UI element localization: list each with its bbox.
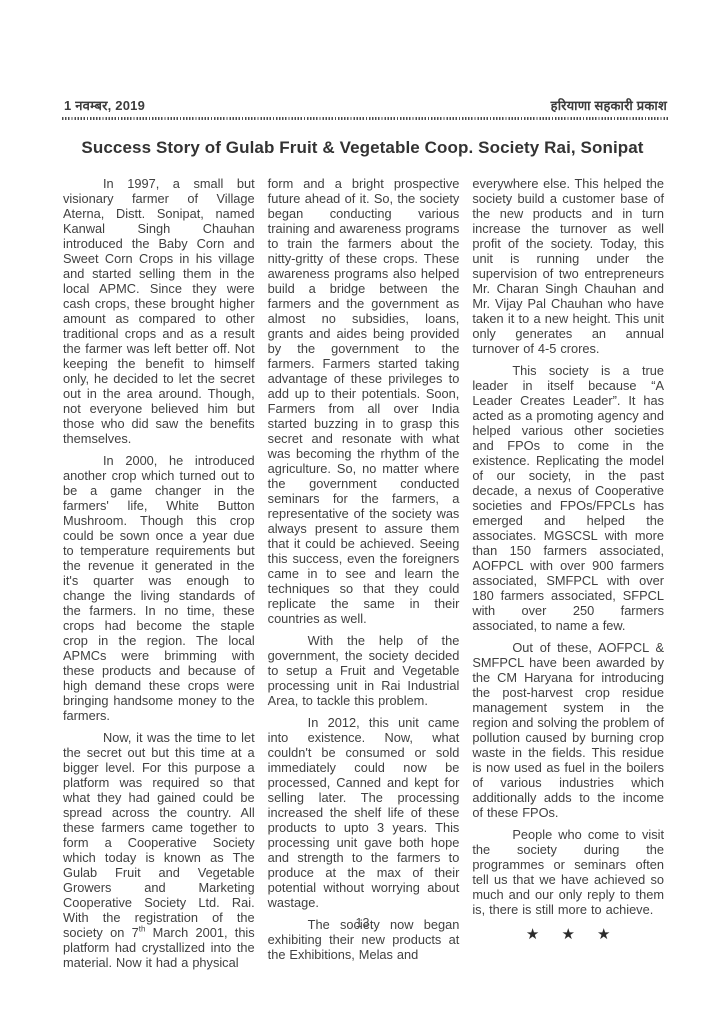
paragraph-text: Now, it was the time to let the secret o… <box>63 730 255 940</box>
header-divider <box>62 117 669 120</box>
paragraph: In 2000, he introduced another crop whic… <box>63 453 255 723</box>
article-column-2: form and a bright prospective future ahe… <box>268 176 460 977</box>
page-number: 13 <box>0 916 725 930</box>
paragraph: Out of these, AOFPCL & SMFPCL have been … <box>472 640 664 820</box>
page-header: 1 नवम्बर, 2019 हरियाणा सहकारी प्रकाश <box>64 96 667 114</box>
paragraph: This society is a true leader in itself … <box>472 363 664 633</box>
paragraph: Now, it was the time to let the secret o… <box>63 730 255 970</box>
article-column-1: In 1997, a small but visionary farmer of… <box>63 176 255 977</box>
publication-name: हरियाणा सहकारी प्रकाश <box>551 96 667 114</box>
paragraph: In 1997, a small but visionary farmer of… <box>63 176 255 446</box>
article-column-3: everywhere else. This helped the society… <box>472 176 664 977</box>
article-body: In 1997, a small but visionary farmer of… <box>63 176 664 977</box>
magazine-page: 1 नवम्बर, 2019 हरियाणा सहकारी प्रकाश Suc… <box>0 0 725 1024</box>
paragraph-continuation: form and a bright prospective future ahe… <box>268 176 460 626</box>
paragraph: With the help of the government, the soc… <box>268 633 460 708</box>
paragraph: In 2012, this unit came into existence. … <box>268 715 460 910</box>
paragraph: People who come to visit the society dur… <box>472 827 664 917</box>
paragraph-continuation: everywhere else. This helped the society… <box>472 176 664 356</box>
article-title: Success Story of Gulab Fruit & Vegetable… <box>40 138 685 158</box>
issue-date: 1 नवम्बर, 2019 <box>64 96 145 114</box>
